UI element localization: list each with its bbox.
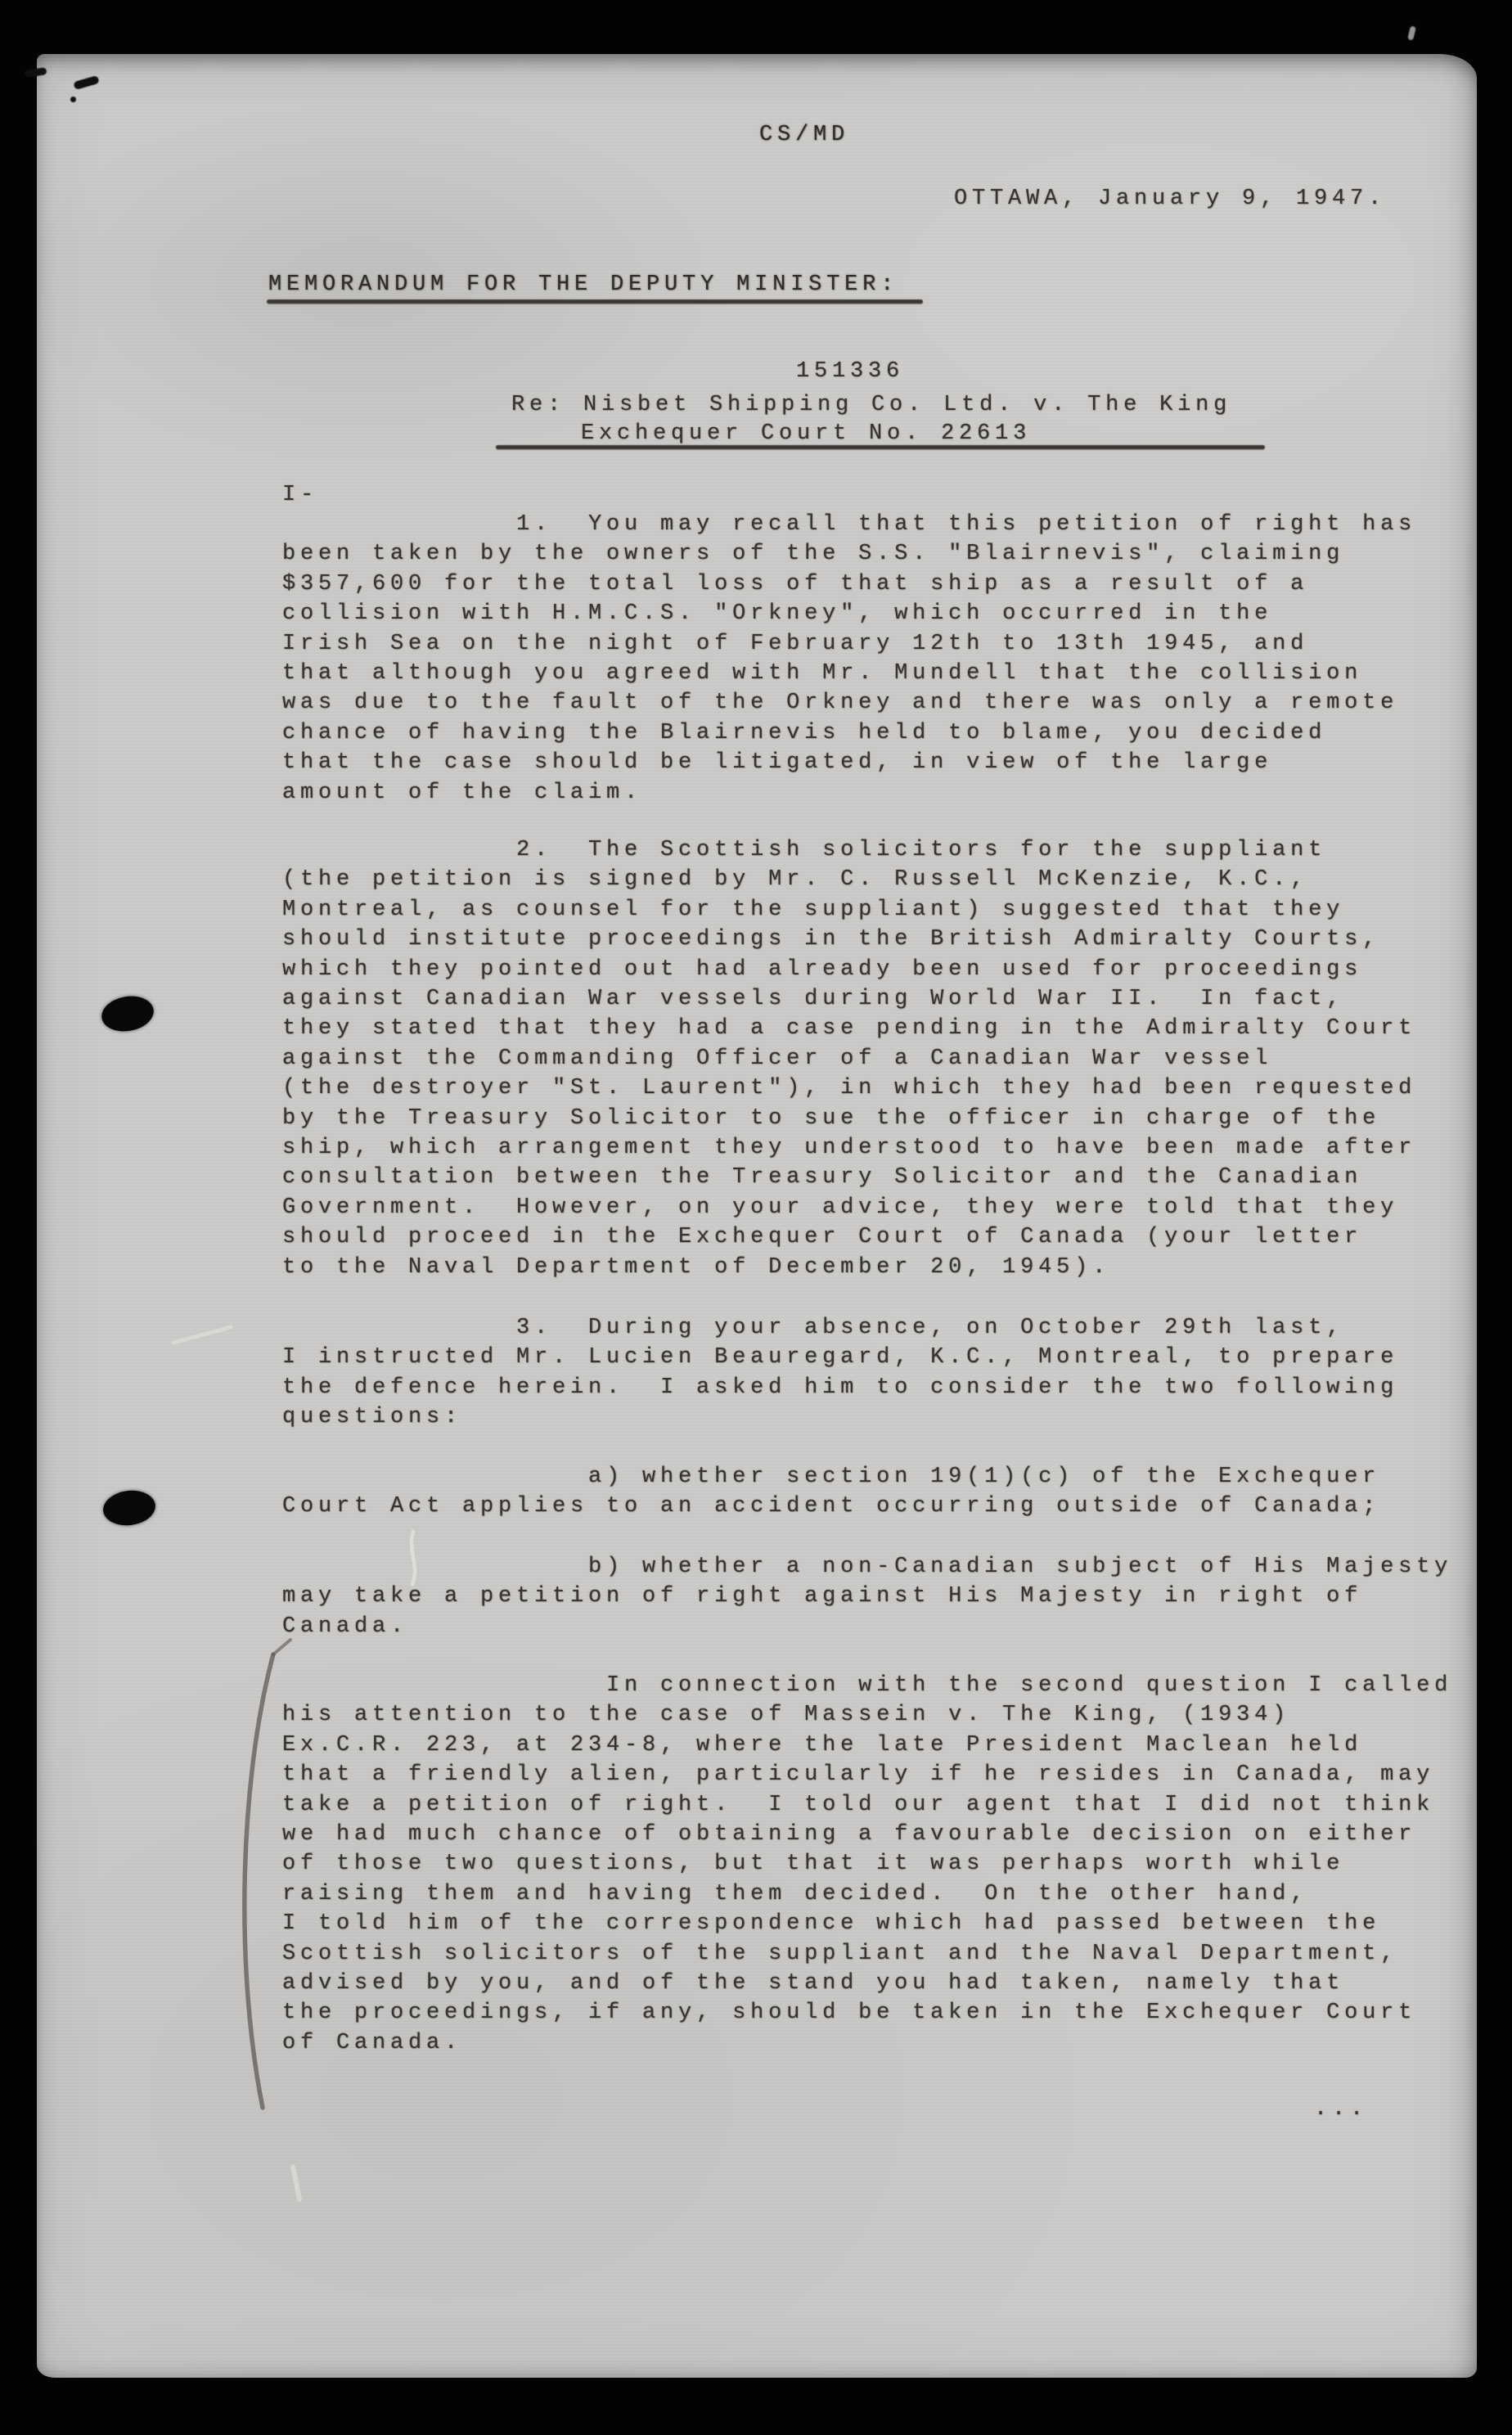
continuation-dots: ... — [1314, 2095, 1368, 2124]
file-number: 151336 — [796, 357, 904, 386]
paragraph: 3. During your absence, on October 29th … — [282, 1313, 1398, 1433]
paragraph: 2. The Scottish solicitors for the suppl… — [282, 835, 1416, 1282]
dateline: OTTAWA, January 9, 1947. — [954, 184, 1386, 214]
paragraph: 1. You may recall that this petition of … — [282, 510, 1416, 808]
section-marker: I- — [282, 480, 318, 510]
document-scan: CS/MD OTTAWA, January 9, 1947. MEMORANDU… — [0, 0, 1512, 2435]
heading-underline — [267, 299, 923, 304]
reference-initials: CS/MD — [759, 120, 849, 150]
list-item-b: b) whether a non-Canadian subject of His… — [282, 1552, 1452, 1641]
subject-underline — [496, 445, 1265, 449]
pen-mark-dot-icon — [70, 97, 76, 102]
memo-heading: MEMORANDUM FOR THE DEPUTY MINISTER: — [268, 270, 898, 299]
subject-line-2: Exchequer Court No. 22613 — [581, 419, 1031, 448]
paragraph: In connection with the second question I… — [282, 1671, 1452, 2058]
subject-line-1: Re: Nisbet Shipping Co. Ltd. v. The King — [511, 390, 1231, 420]
scan-scratch-icon — [1407, 25, 1416, 40]
list-item-a: a) whether section 19(1)(c) of the Exche… — [282, 1462, 1380, 1522]
